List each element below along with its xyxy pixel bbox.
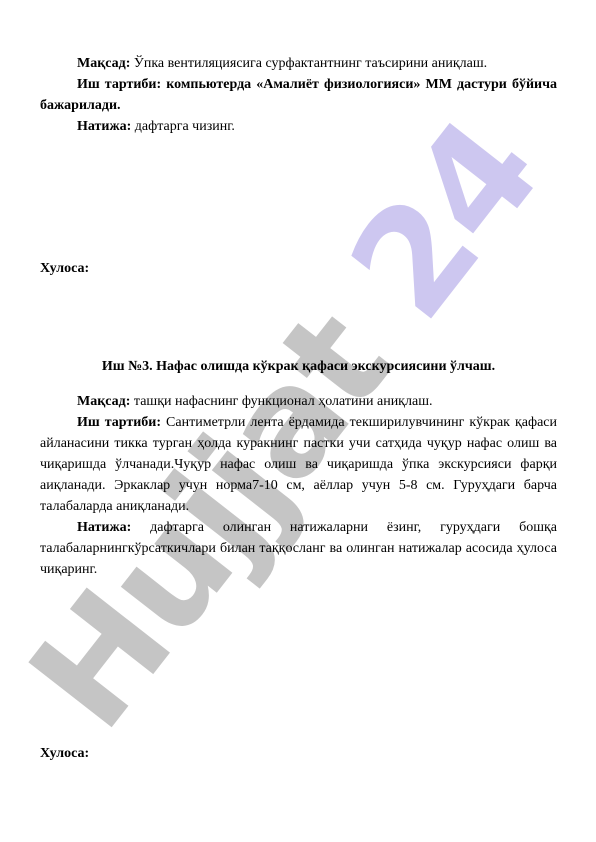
conclusion-heading-1: Хулоса: — [40, 258, 557, 279]
paragraph-ish-tartibi-2: Иш тартиби: Сантиметрли лента ёрдамида т… — [40, 412, 557, 517]
paragraph-natija-1: Натижа: дафтарга чизинг. — [40, 116, 557, 137]
ish-tartibi-label-2: Иш тартиби: — [77, 415, 161, 430]
ish-tartibi-label-1: Иш тартиби: — [77, 77, 161, 92]
paragraph-natija-2: Натижа: дафтарга олинган натижаларни ёзи… — [40, 517, 557, 580]
maqsad-text-2: ташқи нафаснинг функционал ҳолатини аниқ… — [130, 394, 432, 409]
paragraph-maqsad-2: Мақсад: ташқи нафаснинг функционал ҳолат… — [40, 391, 557, 412]
natija-label-1: Натижа: — [77, 119, 131, 134]
natija-label-2: Натижа: — [77, 520, 131, 535]
document-page: Hujjat 24 Мақсад: Ўпка вентиляциясига су… — [0, 0, 596, 842]
natija-text-1: дафтарга чизинг. — [131, 119, 235, 134]
work-title: Иш №3. Нафас олишда кўкрак қафаси экскур… — [40, 356, 557, 377]
maqsad-label-2: Мақсад: — [77, 394, 130, 409]
maqsad-text-1: Ўпка вентиляциясига сурфактантнинг таъси… — [130, 56, 487, 71]
paragraph-maqsad-1: Мақсад: Ўпка вентиляциясига сурфактантни… — [40, 53, 557, 74]
conclusion-heading-2: Хулоса: — [40, 743, 557, 764]
document-content: Мақсад: Ўпка вентиляциясига сурфактантни… — [0, 0, 596, 764]
maqsad-label-1: Мақсад: — [77, 56, 130, 71]
paragraph-ish-tartibi-1: Иш тартиби: компьютерда «Амалиёт физиоло… — [40, 74, 557, 116]
